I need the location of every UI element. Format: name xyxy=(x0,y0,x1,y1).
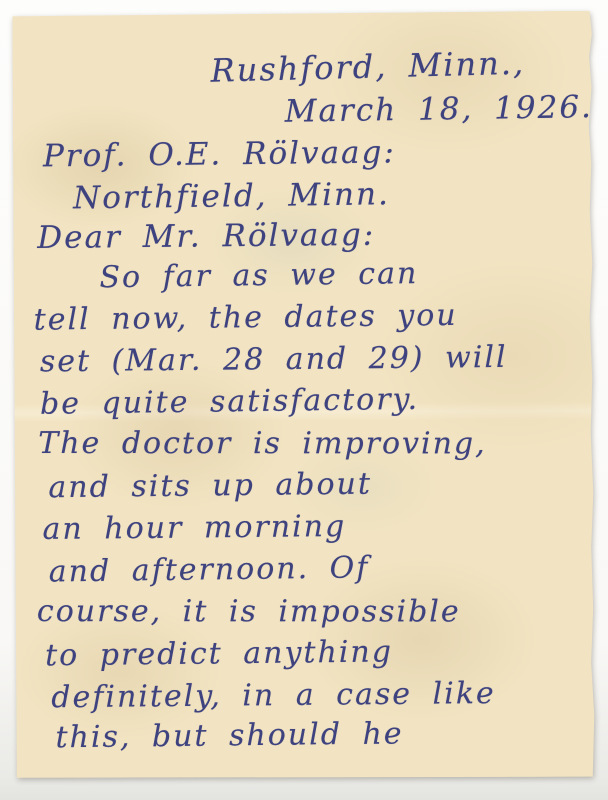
body-line: and sits up about xyxy=(48,467,372,506)
body-line: The doctor is improving, xyxy=(38,426,486,461)
body-line: set (Mar. 28 and 29) will xyxy=(40,340,508,379)
body-line: course, it is impossible xyxy=(37,594,461,629)
body-line: an hour morning xyxy=(42,509,346,547)
body-line: and afternoon. Of xyxy=(49,550,370,589)
heading-date-line: March 18, 1926. xyxy=(285,89,594,130)
body-line: definitely, in a case like xyxy=(51,676,496,715)
body-line: to predict anything xyxy=(45,634,393,673)
body-line: tell now, the dates you xyxy=(33,298,457,338)
scan-background: Rushford, Minn., March 18, 1926. Prof. O… xyxy=(0,0,608,800)
body-line: So far as we can xyxy=(99,256,418,295)
body-line: be quite satisfactory. xyxy=(40,382,419,422)
heading-place-line: Rushford, Minn., xyxy=(210,44,525,90)
recipient-city-line: Northfield, Minn. xyxy=(73,176,390,216)
salutation-line: Dear Mr. Rölvaag: xyxy=(37,217,375,256)
letter-page-wrapper: Rushford, Minn., March 18, 1926. Prof. O… xyxy=(0,0,580,766)
letter-page: Rushford, Minn., March 18, 1926. Prof. O… xyxy=(12,11,595,780)
recipient-name-line: Prof. O.E. Rölvaag: xyxy=(43,134,396,174)
body-line: this, but should he xyxy=(55,716,403,755)
